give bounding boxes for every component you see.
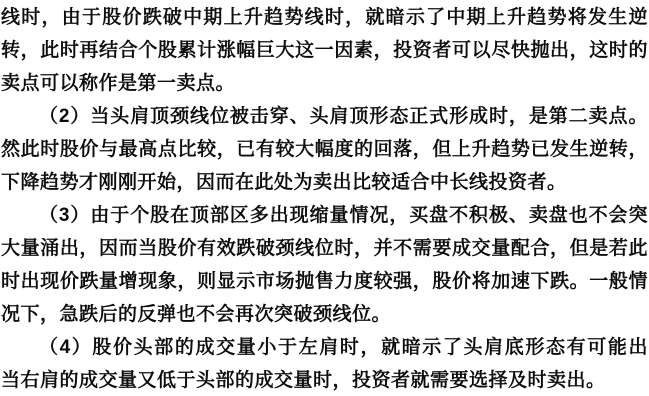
text-line-2: 转，此时再结合个股累计涨幅巨大这一因素，投资者可以尽快抛出，这时的 (0, 34, 649, 67)
text-line-1: 线时，由于股价跌破中期上升趋势线时，就暗示了中期上升趋势将发生逆 (0, 1, 649, 34)
text-line-9: 时出现价跌量增现象，则显示市场抛售力度较强，股价将加速下跌。一般情 (0, 265, 649, 298)
text-line-4-paragraph-start: （2）当头肩顶颈线位被击穿、头肩顶形态正式形成时，是第二卖点。虽 (0, 100, 649, 133)
text-line-6-paragraph-end: 下降趋势才刚刚开始，因而在此处为卖出比较适合中长线投资者。 (0, 166, 649, 199)
text-line-3-paragraph-end: 卖点可以称作是第一卖点。 (0, 67, 649, 100)
text-line-10-paragraph-end: 况下，急跌后的反弹也不会再次突破颈线位。 (0, 298, 649, 331)
document-page: 线时，由于股价跌破中期上升趋势线时，就暗示了中期上升趋势将发生逆 转，此时再结合… (0, 0, 649, 396)
text-line-11-paragraph-start: （4）股价头部的成交量小于左肩时，就暗示了头肩底形态有可能出现； (0, 331, 649, 364)
text-line-8: 大量涌出，因而当股价有效跌破颈线位时，并不需要成交量配合，但是若此 (0, 232, 649, 265)
text-line-12-paragraph-end: 当右肩的成交量又低于头部的成交量时，投资者就需要选择及时卖出。 (0, 364, 649, 396)
text-line-7-paragraph-start: （3）由于个股在顶部区多出现缩量情况，买盘不积极、卖盘也不会突然 (0, 199, 649, 232)
text-line-5: 然此时股价与最高点比较，已有较大幅度的回落，但上升趋势已发生逆转， (0, 133, 649, 166)
